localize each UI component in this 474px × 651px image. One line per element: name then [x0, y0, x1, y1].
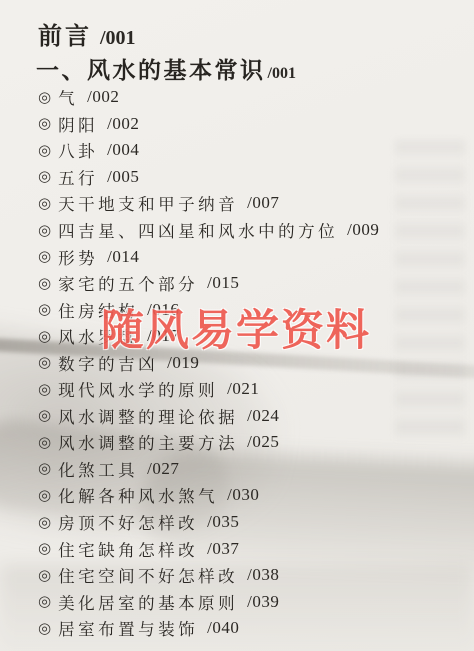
toc-item: ◎ 家宅的五个部分 /015	[38, 270, 379, 297]
toc-item-page-number: /021	[227, 379, 259, 399]
toc-item-page-number: /002	[87, 87, 119, 107]
preface-heading: 前言/001	[38, 16, 136, 51]
toc-list: ◎ 气 /002 ◎ 阴阳 /002 ◎ 八卦 /004 ◎	[38, 84, 379, 641]
toc-item: ◎ 化解各种风水煞气 /030	[38, 482, 379, 509]
toc-item: ◎ 五行 /005	[38, 164, 379, 191]
toc-item-page-number: /014	[107, 247, 139, 267]
double-circle-bullet-icon: ◎	[38, 90, 51, 105]
toc-item-title: 阴阳	[58, 112, 98, 136]
toc-item-page-number: /004	[107, 140, 139, 160]
toc-item-title: 天干地支和甲子纳音	[58, 191, 238, 215]
toc-item: ◎ 天干地支和甲子纳音 /007	[38, 190, 379, 217]
toc-item-title: 五行	[58, 165, 98, 189]
toc-item-page-number: /027	[147, 459, 179, 479]
double-circle-bullet-icon: ◎	[38, 382, 51, 397]
toc-item-page-number: /005	[107, 167, 139, 187]
chapter-title: 一、风水的基本常识	[36, 58, 266, 84]
double-circle-bullet-icon: ◎	[38, 408, 51, 423]
toc-item: ◎ 居室布置与装饰 /040	[38, 615, 379, 642]
toc-item-page-number: /009	[347, 220, 379, 240]
toc-item-page-number: /025	[247, 432, 279, 452]
toc-item-title: 化煞工具	[58, 457, 138, 481]
toc-item: ◎ 风水调整的理论依据 /024	[38, 403, 379, 430]
double-circle-bullet-icon: ◎	[38, 302, 51, 317]
double-circle-bullet-icon: ◎	[38, 196, 51, 211]
toc-item: ◎ 风水调整的主要方法 /025	[38, 429, 379, 456]
double-circle-bullet-icon: ◎	[38, 488, 51, 503]
toc-item-title: 家宅的五个部分	[58, 271, 198, 295]
toc-item-page-number: /015	[207, 273, 239, 293]
page-bleedthrough-texture	[395, 140, 465, 440]
double-circle-bullet-icon: ◎	[38, 621, 51, 636]
toc-item-page-number: /024	[247, 406, 279, 426]
toc-item-title: 住宅空间不好怎样改	[58, 563, 238, 587]
toc-item: ◎ 住宅空间不好怎样改 /038	[38, 562, 379, 589]
toc-item-title: 居室布置与装饰	[58, 616, 198, 640]
toc-item: ◎ 气 /002	[38, 84, 379, 111]
toc-item: ◎ 四吉星、四凶星和风水中的方位 /009	[38, 217, 379, 244]
double-circle-bullet-icon: ◎	[38, 594, 51, 609]
toc-item-title: 形势	[58, 245, 98, 269]
toc-item-title: 风水调整的理论依据	[58, 404, 238, 428]
watermark-text: 随风易学资料	[101, 297, 371, 358]
toc-item-title: 住宅缺角怎样改	[58, 537, 198, 561]
double-circle-bullet-icon: ◎	[38, 116, 51, 131]
double-circle-bullet-icon: ◎	[38, 355, 51, 370]
double-circle-bullet-icon: ◎	[38, 169, 51, 184]
toc-item-title: 房顶不好怎样改	[58, 510, 198, 534]
chapter-page-number: /001	[268, 65, 296, 82]
preface-page-number: /001	[100, 27, 136, 49]
toc-item-page-number: /039	[247, 592, 279, 612]
book-page: 前言/001 一、风水的基本常识/001 ◎ 气 /002 ◎ 阴阳 /002	[0, 0, 474, 651]
toc-item: ◎ 化煞工具 /027	[38, 456, 379, 483]
double-circle-bullet-icon: ◎	[38, 515, 51, 530]
toc-item: ◎ 美化居室的基本原则 /039	[38, 588, 379, 615]
toc-item-page-number: /030	[227, 485, 259, 505]
double-circle-bullet-icon: ◎	[38, 223, 51, 238]
double-circle-bullet-icon: ◎	[38, 329, 51, 344]
toc-item-page-number: /035	[207, 512, 239, 532]
toc-item-title: 四吉星、四凶星和风水中的方位	[58, 218, 338, 242]
double-circle-bullet-icon: ◎	[38, 435, 51, 450]
toc-item-title: 美化居室的基本原则	[58, 590, 238, 614]
toc-item-title: 化解各种风水煞气	[58, 483, 218, 507]
toc-item: ◎ 形势 /014	[38, 243, 379, 270]
toc-item-page-number: /038	[247, 565, 279, 585]
toc-item-page-number: /002	[107, 114, 139, 134]
toc-item-title: 气	[58, 85, 78, 109]
double-circle-bullet-icon: ◎	[38, 568, 51, 583]
toc-item-page-number: /007	[247, 193, 279, 213]
toc-item: ◎ 现代风水学的原则 /021	[38, 376, 379, 403]
toc-item: ◎ 房顶不好怎样改 /035	[38, 509, 379, 536]
toc-item-page-number: /040	[207, 618, 239, 638]
double-circle-bullet-icon: ◎	[38, 143, 51, 158]
double-circle-bullet-icon: ◎	[38, 541, 51, 556]
toc-item: ◎ 住宅缺角怎样改 /037	[38, 535, 379, 562]
toc-item: ◎ 八卦 /004	[38, 137, 379, 164]
double-circle-bullet-icon: ◎	[38, 461, 51, 476]
double-circle-bullet-icon: ◎	[38, 276, 51, 291]
toc-item-title: 八卦	[58, 138, 98, 162]
chapter-heading: 一、风水的基本常识/001	[36, 52, 296, 85]
preface-title: 前言	[38, 22, 92, 50]
double-circle-bullet-icon: ◎	[38, 249, 51, 264]
toc-item-page-number: /037	[207, 539, 239, 559]
toc-item-title: 风水调整的主要方法	[58, 430, 238, 454]
toc-item-title: 现代风水学的原则	[58, 377, 218, 401]
toc-item: ◎ 阴阳 /002	[38, 111, 379, 138]
